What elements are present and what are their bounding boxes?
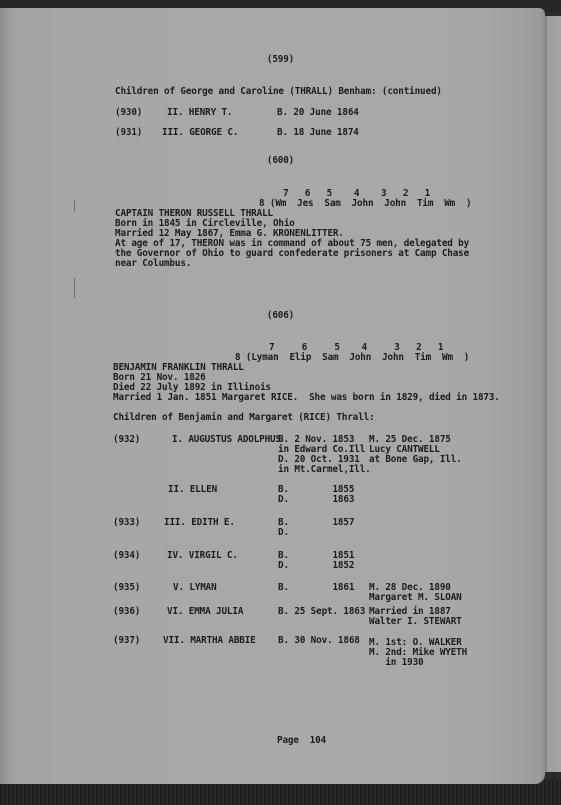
entry-number-599: (599) xyxy=(0,54,561,66)
child-name: IV. VIRGIL C. xyxy=(167,550,238,562)
page-mark xyxy=(74,200,75,212)
child-marriage: Margaret M. SLOAN xyxy=(369,592,462,604)
child-name: III. GEORGE C. xyxy=(162,127,238,139)
child-name: V. LYMAN xyxy=(173,582,217,594)
child-id: (936) xyxy=(113,606,140,618)
child-birth: B. 18 June 1874 xyxy=(277,127,359,139)
child-dates: D. xyxy=(278,527,289,539)
child-marriage: at Bone Gap, Ill. xyxy=(369,454,462,466)
lineage-ancestor-names: 8 (Lyman Elip Sam John John Tim Wm ) xyxy=(235,352,469,364)
page-mark xyxy=(74,278,75,298)
entry-number-606: (606) xyxy=(0,310,561,322)
child-marriage: in 1930 xyxy=(369,657,423,669)
child-id: (935) xyxy=(113,582,140,594)
child-id: (930) xyxy=(115,107,142,119)
child-name: VII. MARTHA ABBIE xyxy=(163,635,256,647)
child-dates: B. 1861 xyxy=(278,582,354,594)
child-name: I. AUGUSTUS ADOLPHUS xyxy=(172,434,281,446)
document-page: (599) Children of George and Caroline (T… xyxy=(0,8,545,784)
lineage-ancestor-names: 8 (Wm Jes Sam John John Tim Wm ) xyxy=(259,198,471,210)
child-id: (934) xyxy=(113,550,140,562)
adjacent-page-edge xyxy=(545,16,561,772)
child-dates: B. 1857 xyxy=(278,517,354,529)
child-dates: B. 30 Nov. 1868 xyxy=(278,635,360,647)
entry-number-600: (600) xyxy=(0,155,561,167)
child-dates: in Mt.Carmel,Ill. xyxy=(278,464,371,476)
child-id: (932) xyxy=(113,434,140,446)
child-name: III. EDITH E. xyxy=(164,517,235,529)
child-name: II. HENRY T. xyxy=(167,107,232,119)
bio-line: near Columbus. xyxy=(115,258,191,270)
child-dates: D. 1863 xyxy=(278,494,354,506)
child-id: (933) xyxy=(113,517,140,529)
child-name: II. ELLEN xyxy=(168,484,217,496)
child-id: (931) xyxy=(115,127,142,139)
bio-line: Married 1 Jan. 1851 Margaret RICE. She w… xyxy=(113,392,500,404)
child-name: VI. EMMA JULIA xyxy=(167,606,243,618)
child-birth: B. 20 June 1864 xyxy=(277,107,359,119)
child-dates: D. 1852 xyxy=(278,560,354,572)
section-heading: Children of George and Caroline (THRALL)… xyxy=(115,86,442,98)
page-number: Page 104 xyxy=(277,735,326,747)
child-id: (937) xyxy=(113,635,140,647)
children-heading: Children of Benjamin and Margaret (RICE)… xyxy=(113,412,374,424)
child-dates: B. 25 Sept. 1863 xyxy=(278,606,365,618)
child-marriage: Walter I. STEWART xyxy=(369,616,462,628)
